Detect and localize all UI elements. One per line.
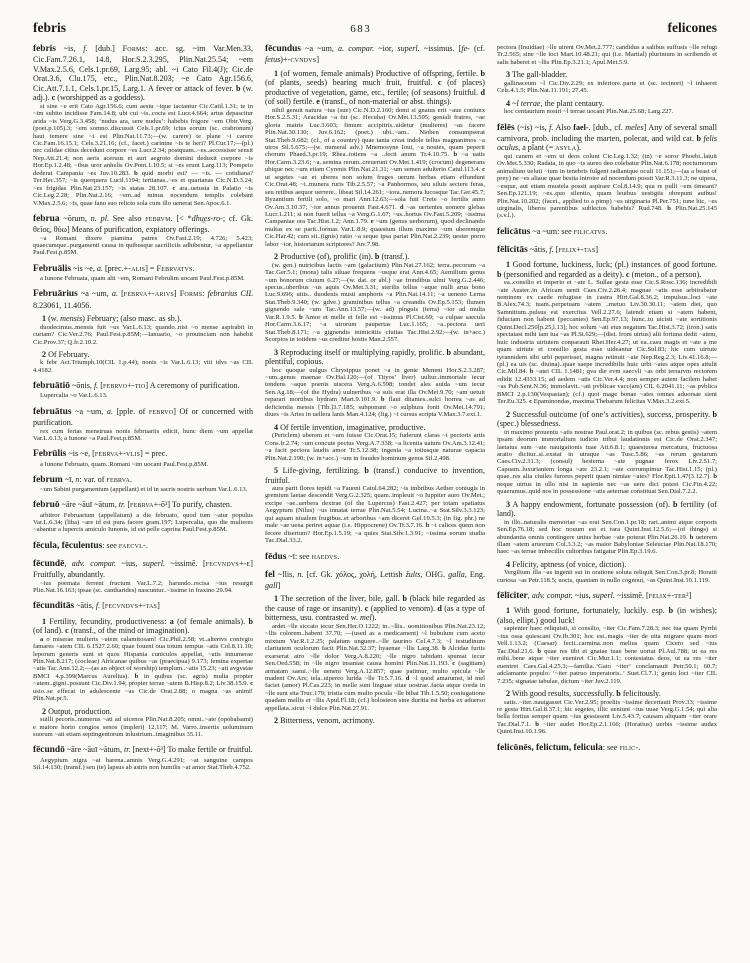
text-segment: neque uirtus in ullo nisi in sapiente ne… xyxy=(497,481,717,495)
text-segment: Felicity, aptness (of voice, diction). xyxy=(510,560,626,569)
headword: Februārius xyxy=(33,289,78,299)
text-segment: fecvndvs xyxy=(206,559,239,568)
text-segment: ~is ~e, [ xyxy=(66,449,95,458)
text-segment: ~l terrae xyxy=(512,99,540,108)
text-segment: a. compar. xyxy=(338,44,374,53)
text-segment: Life-giving, fertilizing. xyxy=(278,466,364,475)
text-segment: Vergilium illa ~as ingenii sui in oratio… xyxy=(497,569,717,583)
headword: fēdus xyxy=(265,552,286,562)
citation-paragraph: satis..~iter..nauigasset Cic.Ver.2.95; p… xyxy=(497,699,717,736)
text-segment: žults xyxy=(406,570,421,579)
text-segment: d xyxy=(480,88,485,97)
text-segment: si sine ~e erit Cato Agr.156.6; cum aest… xyxy=(33,103,253,177)
text-segment: ea..consilio et imperio et ~ate L. Sulla… xyxy=(497,279,717,375)
text-segment: -arivs xyxy=(152,289,174,298)
text-segment: (cf. xyxy=(470,44,485,53)
citation-paragraph: (w. gen.) nutricibus lactis ~am (galacti… xyxy=(265,262,485,344)
citation-paragraph: Aegyptum nigra ~at harena..amnis Verg.G.… xyxy=(33,757,253,772)
entry-paragraph: fēcundō ~āre ~āuī ~ātum, tr. [next+-ō³] … xyxy=(33,745,253,756)
text-segment: (of land). xyxy=(33,626,65,635)
text-segment: Lupercalia ~o Var.L.6.13. xyxy=(40,392,108,399)
sense-paragraph: 1 (w. mensis) February; (also masc. as s… xyxy=(33,314,253,324)
text-segment: ²] xyxy=(686,591,691,600)
entry-paragraph: Februārius ~a ~um, a. [febrva+-arivs] Fo… xyxy=(33,289,253,310)
text-segment: ~ī: see xyxy=(286,552,311,561)
text-segment: adv. compar. xyxy=(72,559,116,568)
text-segment: ] xyxy=(278,581,281,590)
column-2: fēcundus ~a ~um, a. compar. ~ior, superl… xyxy=(265,44,485,944)
text-segment: Successful outcome (of one’s activities)… xyxy=(510,410,712,419)
text-segment: pectora (Inuidiae) ~lle uirent Ov.Met.2.… xyxy=(497,44,717,66)
headword: Febrūlis xyxy=(33,449,66,459)
text-segment: [prec.+ xyxy=(103,264,128,273)
text-segment: Fertility, fecundity, productiveness: xyxy=(46,617,170,626)
text-segment: (meton., of a person). xyxy=(630,270,702,279)
text-segment: . [< * xyxy=(171,214,192,223)
text-segment: ~ior, xyxy=(374,44,397,53)
entry-paragraph: fēdus ~ī: see haedvs. xyxy=(265,552,485,563)
text-segment: , a plant (= xyxy=(518,143,555,152)
text-segment: ~is, xyxy=(56,44,83,53)
headword: februō xyxy=(33,500,60,510)
sense-paragraph: 1 Fertility, fecundity, productiveness: … xyxy=(33,617,253,636)
text-segment: usio..se effecat in adulescente ~as Cic.… xyxy=(33,688,253,702)
text-segment: ~ius poemata ferrent fructum Var.L.7.2; … xyxy=(33,580,253,594)
citation-paragraph: ~ius poemata ferrent fructum Var.L.7.2; … xyxy=(33,580,253,595)
text-segment: . xyxy=(193,264,195,273)
text-segment: [cf. Gk. χόλος, χολή, Lettish xyxy=(303,570,405,579)
entry-paragraph: Februālis ~is ~e, a. [prec.+-alis] = Feb… xyxy=(33,264,253,275)
text-segment: febrvm xyxy=(145,214,170,223)
page-number: 683 xyxy=(350,23,371,35)
sense-paragraph: 4 ~l terrae, the plant centaury. xyxy=(497,99,717,109)
text-segment: meles xyxy=(625,123,643,132)
text-segment: ) February; (also masc. as sb.). xyxy=(82,314,181,323)
entry-paragraph: fēcundē, adv. compar. ~ius, superl. ~iss… xyxy=(33,559,253,580)
text-segment: -ter xyxy=(671,591,686,600)
text-segment: Reproducing itself or multiplying rapidl… xyxy=(278,348,447,357)
citation-paragraph: in illo..naturalis memoriae ~as erat Sen… xyxy=(497,519,717,556)
text-segment: ~a ~um, xyxy=(78,289,112,298)
entry-paragraph: februātus ~a ~um, a. [pple. of febrvo] O… xyxy=(33,407,253,428)
headword: felicōnēs, felictum, felicula xyxy=(497,743,603,753)
text-segment: . xyxy=(337,552,339,561)
text-segment: ). xyxy=(576,143,581,152)
text-segment: The gall-bladder. xyxy=(510,70,567,79)
text-segment: c xyxy=(250,680,253,687)
entry-paragraph: fēcunditās ~ātis, f. [fecvndvs+-tas] xyxy=(33,601,253,612)
headword: fēcula, fēculentus xyxy=(33,541,102,551)
text-segment: superl. xyxy=(593,591,615,600)
citation-paragraph: suilli pecoris..numerus ~ati ad uicenos … xyxy=(33,716,253,738)
text-segment: arbitror Februarium (appellatum) a die f… xyxy=(33,512,253,534)
text-columns: febris ~is, f. [dub.] Forms: acc. sg. ~i… xyxy=(33,44,717,944)
text-segment: fael- xyxy=(573,123,588,132)
entry-paragraph: felicātus ~a ~um: see filicatvs. xyxy=(497,227,717,238)
text-segment: Output, production. xyxy=(46,707,112,716)
headword: fēlēs xyxy=(497,123,515,133)
text-segment: ] xyxy=(595,245,598,254)
text-segment: b xyxy=(713,473,717,480)
citation-paragraph: a Iunone Februato, quam..Romani ~im uoca… xyxy=(33,461,253,468)
text-segment: superl. xyxy=(143,559,165,568)
text-segment: ~a ~um, xyxy=(72,407,107,416)
citation-paragraph: arbitror Februarium (appellatum) a die f… xyxy=(33,512,253,534)
text-segment: )+ xyxy=(280,55,287,64)
text-segment: superl. xyxy=(397,44,419,53)
headword: fēcundō xyxy=(33,745,65,755)
headword: fēcunditās xyxy=(33,601,74,611)
text-segment: (of soil) fertile. xyxy=(265,97,316,106)
text-segment: felix xyxy=(649,591,667,600)
text-segment: ~ōnis, xyxy=(70,381,94,390)
citation-paragraph: qui canem et ~em ut deos colunt Cic.Leg.… xyxy=(497,153,717,220)
text-segment: -tas xyxy=(581,245,595,254)
text-segment: ~ātis, xyxy=(74,601,96,610)
headword: felicātus xyxy=(497,227,530,237)
text-segment: 8.23061, 11.4056. xyxy=(33,301,91,310)
text-segment: . xyxy=(638,743,640,752)
text-segment: (w. gen.) nutricibus lactis ~am (galacti… xyxy=(265,262,485,321)
entry-paragraph: fēlīcitās ~ātis, f. [felix+-tas] xyxy=(497,245,717,256)
citation-paragraph: ardet ~lle siccato iecur Sen.Her.O.1222;… xyxy=(265,623,485,712)
text-segment: fecvndvs xyxy=(105,601,138,610)
text-segment: Aegyptum nigra ~at harena..amnis Verg.G.… xyxy=(33,757,253,771)
text-segment: asyla xyxy=(555,143,576,152)
text-segment: (transf., of the mind or imagination). xyxy=(69,626,190,635)
text-segment: (spec.) blessedness. xyxy=(497,419,561,428)
headword: fel xyxy=(265,570,275,580)
column-3: pectora (Inuidiae) ~lle uirent Ov.Met.2.… xyxy=(497,44,717,944)
text-segment: See also xyxy=(109,214,145,223)
citation-paragraph: ~a Romani dixere piamina patres Ov.Fast.… xyxy=(33,235,253,257)
headword: fēlīciter xyxy=(497,591,528,601)
text-segment: febrvo xyxy=(149,407,173,416)
text-segment: Febrvatvs xyxy=(157,264,193,273)
headword: Februālis xyxy=(33,264,71,274)
text-segment: hoc centaurium nostri ~l terrae uocant P… xyxy=(504,108,673,115)
citation-paragraph: Lupercalia ~o Var.L.6.13. xyxy=(33,392,253,399)
headword: februa xyxy=(33,214,60,224)
text-segment: With good fortune, fortunately, luckily.… xyxy=(510,606,669,615)
guide-word-left: febris xyxy=(33,20,66,36)
text-segment: ] xyxy=(316,55,319,64)
text-segment: felix xyxy=(558,245,576,254)
text-segment: ] = prec. xyxy=(140,449,167,458)
text-segment: ~ius, xyxy=(116,559,143,568)
citation-paragraph: Vergilium illa ~as ingenii sui in oratio… xyxy=(497,569,717,584)
text-segment: dhu̯es-ro- xyxy=(192,214,223,223)
citation-paragraph: sapienter haec reliquisti, si consilio, … xyxy=(497,625,717,685)
text-segment: in illo..naturalis memoriae ~as erat Sen… xyxy=(497,519,717,541)
sense-paragraph: 3 Reproducing itself or multiplying rapi… xyxy=(265,348,485,367)
text-segment: . xyxy=(146,541,148,550)
entry-paragraph: felicōnēs, felictum, felicula: see filic… xyxy=(497,743,717,754)
text-segment: in maximo prouentu ~atis nostrae Paul.or… xyxy=(497,429,717,481)
text-segment: Epaminondas, maxima Thebarum felicitas V… xyxy=(532,398,691,405)
text-segment: ~ī, xyxy=(63,475,76,484)
text-segment: Of fertile invention, imaginative, produ… xyxy=(278,423,425,432)
citation-paragraph: aura parit flores tepidi ~a Fauoni Catul… xyxy=(265,485,485,545)
text-segment: febrarius CIL xyxy=(208,289,253,298)
citation-paragraph: ~um Sabini purgamentum (appellant) et id… xyxy=(33,486,253,493)
text-segment: . xyxy=(606,227,608,236)
sense-paragraph: 2 Productive (of), prolific (in). b (tra… xyxy=(265,252,485,262)
text-segment: A happy endowment, fortunate possession … xyxy=(510,500,673,509)
text-segment: haedvs xyxy=(312,552,338,561)
text-segment: adv. compar. xyxy=(532,591,573,600)
sense-paragraph: 4 Felicity, aptness (of voice, diction). xyxy=(497,560,717,570)
entry-paragraph: fēlīciter, adv. compar. ~ius, superl. ~i… xyxy=(497,591,717,602)
entry-paragraph: februa ~ōrum, n. pl. See also febrvm. [<… xyxy=(33,214,253,235)
text-segment: b xyxy=(712,410,717,419)
text-segment: galla xyxy=(448,570,465,579)
text-segment: (transf., of non-material or abst. thing… xyxy=(320,97,452,106)
text-segment: a Iunone Februata, quam alii ~em, Romani… xyxy=(40,275,245,282)
sense-paragraph: 3 A happy endowment, fortunate possessio… xyxy=(497,500,717,519)
text-segment: [next+-ō³] To make fertile or fruitful. xyxy=(131,745,253,754)
text-segment: : see xyxy=(102,541,119,550)
text-segment: ~issimus. [ xyxy=(420,44,462,53)
text-segment: qui canem et ~em ut deos colunt Cic.Leg.… xyxy=(497,153,717,212)
headword: februātus xyxy=(33,407,72,417)
citation-paragraph: hoc centaurium nostri ~l terrae uocant P… xyxy=(497,108,717,115)
text-segment: ~a Romani dixere piamina patres Ov.Fast.… xyxy=(33,235,253,257)
text-segment: ). xyxy=(372,613,377,622)
headword: februātiō xyxy=(33,381,70,391)
citation-paragraph: in maximo prouentu ~atis nostrae Paul.or… xyxy=(497,429,717,496)
sense-paragraph: 1 (of women, female animals) Productive … xyxy=(265,69,485,107)
text-segment: gallinaceum ~l Cic.Div.2.29; ex inferior… xyxy=(497,80,717,94)
text-segment: . [dub., cf. xyxy=(589,123,626,132)
text-segment: The secretion of the liver, bile, gall. xyxy=(278,594,402,603)
text-segment: Bitterness, venom, acrimony. xyxy=(278,716,375,725)
text-segment: [pple. of xyxy=(113,407,149,416)
text-segment: (applied to venom). xyxy=(368,604,437,613)
text-segment: ] = xyxy=(145,264,156,273)
text-segment: c xyxy=(482,166,485,173)
text-segment: ~is ~e, xyxy=(71,264,97,273)
text-segment: ~issimē. [ xyxy=(615,591,649,600)
citation-paragraph: k febr Act.Triumph.10(CIL 1.p.44); nonis… xyxy=(33,359,253,374)
text-segment: -tio xyxy=(132,381,146,390)
text-segment: ~āre ~āuī ~ātum, xyxy=(65,745,124,754)
text-segment: a Iunone Februato, quam..Romani ~im uoca… xyxy=(40,461,208,468)
sense-paragraph: 2 Of February. xyxy=(33,350,253,360)
text-segment: Of February. xyxy=(46,350,89,359)
sense-paragraph: 2 Output, production. xyxy=(33,707,253,717)
text-segment: Forms xyxy=(180,289,203,298)
text-segment: mel xyxy=(360,613,372,622)
sense-paragraph: 4 Of fertile invention, imaginative, pro… xyxy=(265,423,485,433)
text-segment: (Periclem) uberem et ~um fuisse Cic.Orat… xyxy=(265,432,485,461)
headword: februm xyxy=(33,475,63,485)
text-segment: -vlis xyxy=(123,449,140,458)
guide-word-right: felicones xyxy=(668,20,718,36)
citation-paragraph: nihil genuit natura ~ius (sue) Cic.N.D.2… xyxy=(265,107,485,248)
text-segment: Productive (of), prolific (in). xyxy=(278,252,375,261)
entry-paragraph: fēcundus ~a ~um, a. compar. ~ior, superl… xyxy=(265,44,485,65)
text-segment: , OHG. xyxy=(420,570,448,579)
text-segment: nihil genuit natura ~ius (sue) Cic.N.D.2… xyxy=(265,107,485,159)
citation-paragraph: hoc quoque uulgus Chrysippus ponet ~a in… xyxy=(265,367,485,419)
text-segment: (personified and regarded as a deity). xyxy=(502,270,627,279)
text-segment: . xyxy=(130,475,132,484)
citation-paragraph: ea..consilio et imperio et ~ate L. Sulla… xyxy=(497,279,717,405)
headword: fēlīcitās xyxy=(497,245,528,255)
text-segment: -cvndvs xyxy=(288,55,317,64)
text-segment: Also xyxy=(553,123,573,132)
text-segment: febrva xyxy=(106,475,130,484)
text-segment: ~āre ~āuī ~ātum, xyxy=(60,500,119,509)
text-segment: With good results, successfully. xyxy=(510,689,616,698)
text-segment: Good fortune, luckiness, luck; (pl.) ins… xyxy=(510,260,717,269)
citation-paragraph: (Periclem) uberem et ~um fuisse Cic.Orat… xyxy=(265,432,485,462)
text-segment: Forms xyxy=(123,44,146,53)
entry-paragraph: februm ~ī, n: var. of febrva. xyxy=(33,475,253,486)
text-segment: mensis xyxy=(60,314,82,323)
text-segment: +-ō³] To purify, chasten. xyxy=(154,500,232,509)
dictionary-page: febris 683 felicones febris ~is, f. [dub… xyxy=(0,0,750,963)
text-segment: : var. of xyxy=(79,475,106,484)
entry-paragraph: Febrūlis ~is ~e, [febrva+-vlis] = prec. xyxy=(33,449,253,460)
text-segment: ~ōrum, xyxy=(60,214,91,223)
text-segment: filic- xyxy=(619,743,638,752)
citation-paragraph: si sine ~e erit Cato Agr.156.6; cum aest… xyxy=(33,103,253,207)
text-segment: [dub.] xyxy=(88,44,123,53)
text-segment: febrva xyxy=(130,500,154,509)
text-segment: ~llis, xyxy=(275,570,297,579)
sense-paragraph: 2 Successful outcome (of one’s activitie… xyxy=(497,410,717,429)
text-segment: (transf.). xyxy=(379,252,409,261)
text-segment: ~a ~um: see xyxy=(530,227,573,236)
text-segment: faecvl- xyxy=(119,541,146,550)
text-segment: ~a ~um, xyxy=(301,44,338,53)
citation-paragraph: a o miserae mulieris ~atem calamitosam! … xyxy=(33,636,253,703)
text-segment: , xyxy=(64,559,71,568)
entry-paragraph: februō ~āre ~āuī ~ātum, tr. [febrva+-ō³]… xyxy=(33,500,253,511)
entry-paragraph: februātiō ~ōnis, f. [febrvo+-tio] A cere… xyxy=(33,381,253,392)
headword: fēcundē xyxy=(33,559,64,569)
column-1: febris ~is, f. [dub.] Forms: acc. sg. ~i… xyxy=(33,44,253,944)
text-segment: ~ius, xyxy=(573,591,593,600)
entry-paragraph: fel ~llis, n. [cf. Gk. χόλος, χολή, Lett… xyxy=(265,570,485,591)
text-segment: ~ātis, xyxy=(528,245,550,254)
text-segment: duodecimus..mensis fuit ~us Var.L.6.13; … xyxy=(33,324,253,346)
text-segment: n. pl. xyxy=(91,214,109,223)
text-segment: suilli pecoris..numerus ~ati ad uicenos … xyxy=(33,716,253,738)
entry-paragraph: fēlēs (~is) ~is, f. Also fael-. [dub., c… xyxy=(497,123,717,153)
sense-paragraph: 2 Bitterness, venom, acrimony. xyxy=(265,716,485,726)
text-segment: -tas xyxy=(143,601,157,610)
citation-paragraph: duodecimus..mensis fuit ~us Var.L.6.13; … xyxy=(33,324,253,346)
sense-paragraph: 1 Good fortune, luckiness, luck; (pl.) i… xyxy=(497,260,717,279)
text-segment: , Eng. xyxy=(465,570,485,579)
text-segment: ] A ceremony of purification. xyxy=(145,381,239,390)
text-segment: ~issimē. [ xyxy=(165,559,206,568)
text-segment: : see xyxy=(603,743,620,752)
citation-paragraph: rex cum ferias menstruas nonis februarii… xyxy=(33,428,253,443)
headword: febris xyxy=(33,44,56,54)
entry-paragraph: fēcula, fēculentus: see faecvl-. xyxy=(33,541,253,552)
citation-paragraph: gallinaceum ~l Cic.Div.2.29; ex inferior… xyxy=(497,80,717,95)
text-segment: k febr Act.Triumph.10(CIL 1.p.44); nonis… xyxy=(33,359,253,373)
text-segment: filicatvs xyxy=(574,227,606,236)
sense-paragraph: 1 The secretion of the liver, bile, gall… xyxy=(265,594,485,623)
citation-paragraph: a Iunone Februata, quam alii ~em, Romani… xyxy=(33,275,253,282)
sense-paragraph: 2 With good results, successfully. b fel… xyxy=(497,689,717,699)
sense-paragraph: 1 With good fortune, fortunately, luckil… xyxy=(497,606,717,625)
continuation-paragraph: pectora (Inuidiae) ~lle uirent Ov.Met.2.… xyxy=(497,44,717,66)
text-segment: , the plant centaury. xyxy=(541,99,605,108)
text-segment: felicitously. xyxy=(621,689,661,698)
text-segment: (w. xyxy=(46,314,60,323)
text-segment: febrva xyxy=(124,289,148,298)
text-segment: -alis xyxy=(128,264,145,273)
text-segment: ] xyxy=(157,601,160,610)
text-segment: febrva xyxy=(95,449,119,458)
text-segment: fe- xyxy=(461,44,470,53)
text-segment: (of women, female animals) Productive of… xyxy=(278,69,480,78)
text-segment: (worshipped as a goddess). xyxy=(55,93,145,102)
text-segment: b xyxy=(480,69,485,78)
entry-paragraph: febris ~is, f. [dub.] Forms: acc. sg. ~i… xyxy=(33,44,253,103)
sense-paragraph: 5 Life-giving, fertilizing. b (transf.) … xyxy=(265,466,485,485)
text-segment: (of female animals). xyxy=(174,617,249,626)
sense-paragraph: 3 The gall-bladder. xyxy=(497,70,717,80)
text-segment: ~um Sabini purgamentum (appellant) et id… xyxy=(40,486,247,493)
text-segment: (~is) ~is, xyxy=(515,123,549,132)
headword: fēcundus xyxy=(265,44,301,54)
text-segment: (of plants, seeds) bearing much fruit, f… xyxy=(265,78,438,87)
text-segment: rex cum ferias menstruas nonis februarii… xyxy=(33,428,253,442)
text-segment: b xyxy=(248,617,253,626)
page-header: febris 683 felicones xyxy=(33,20,717,36)
text-segment: fetus xyxy=(265,55,280,64)
text-segment: gall xyxy=(265,581,278,590)
text-segment: febrvo xyxy=(103,381,127,390)
